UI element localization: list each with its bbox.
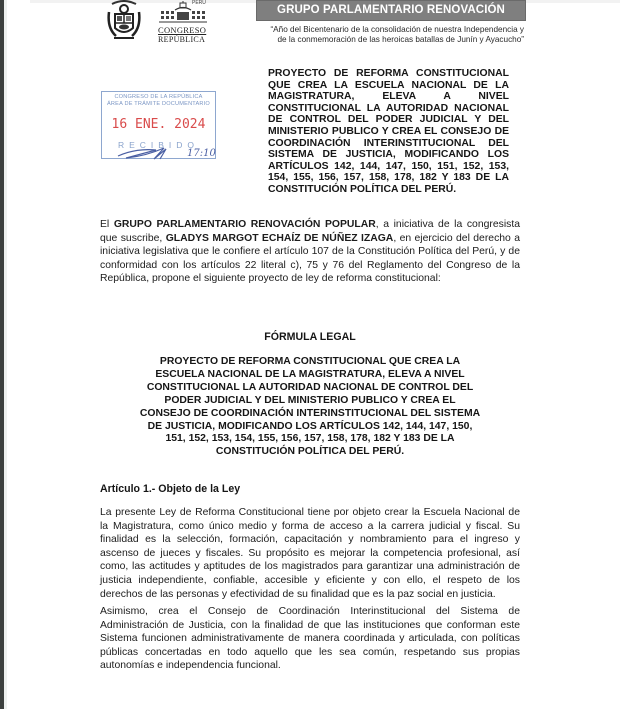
formula-line: CONSEJO DE COORDINACIÓN INTERINSTITUCION… xyxy=(100,408,520,421)
parliamentary-group-name: GRUPO PARLAMENTARIO RENOVACIÓN POPULAR xyxy=(114,219,376,230)
article-1-heading: Artículo 1.- Objeto de la Ley xyxy=(100,483,240,495)
congress-logo-line2: REPÚBLICA xyxy=(158,35,205,44)
stamp-time: 17:10 xyxy=(187,148,216,159)
congress-building-icon xyxy=(159,1,209,23)
formula-line: DE JUSTICIA, MODIFICANDO LOS ARTÍCULOS 1… xyxy=(100,421,520,434)
stamp-office: ÁREA DE TRÁMITE DOCUMENTARIO xyxy=(102,101,215,108)
formula-legal-title: PROYECTO DE REFORMA CONSTITUCIONAL QUE C… xyxy=(100,356,520,459)
peru-coat-of-arms-icon xyxy=(106,0,142,42)
scan-left-margin xyxy=(4,0,7,709)
stamp-date: 16 ENE. 2024 xyxy=(102,117,215,132)
signature-icon xyxy=(116,146,176,160)
formula-line: CONSTITUCIÓN POLÍTICA DEL PERÚ. xyxy=(100,446,520,459)
formula-line: CONSTITUCIONAL LA AUTORIDAD NACIONAL DE … xyxy=(100,382,520,395)
stamp-institution: CONGRESO DE LA REPÚBLICA xyxy=(102,94,215,101)
intro-text-1: El xyxy=(100,219,114,230)
formula-line: 151, 152, 153, 154, 155, 156, 157, 158, … xyxy=(100,433,520,446)
year-motto-line1: “Año del Bicentenario de la consolidació… xyxy=(270,25,524,35)
formula-line: ESCUELA NACIONAL DE LA MAGISTRATURA, ELE… xyxy=(100,369,520,382)
bill-title: PROYECTO DE REFORMA CONSTITUCIONAL QUE C… xyxy=(268,68,509,196)
year-motto: “Año del Bicentenario de la consolidació… xyxy=(270,25,524,45)
article-1-paragraph-2: Asimismo, crea el Consejo de Coordinació… xyxy=(100,605,520,673)
intro-paragraph: El GRUPO PARLAMENTARIO RENOVACIÓN POPULA… xyxy=(100,218,520,286)
year-motto-line2: de la conmemoración de las heroicas bata… xyxy=(270,35,524,45)
formula-legal-heading: FÓRMULA LEGAL xyxy=(100,331,520,343)
formula-line: PROYECTO DE REFORMA CONSTITUCIONAL QUE C… xyxy=(100,356,520,369)
parliamentary-group-banner: GRUPO PARLAMENTARIO RENOVACIÓN POPULAR xyxy=(256,0,526,21)
congress-logo-line1: CONGRESO xyxy=(158,26,206,35)
article-1-paragraph-1: La presente Ley de Reforma Constituciona… xyxy=(100,506,520,601)
reception-stamp: CONGRESO DE LA REPÚBLICA ÁREA DE TRÁMITE… xyxy=(101,91,216,159)
congresswoman-name: GLADYS MARGOT ECHAÍZ DE NÚÑEZ IZAGA xyxy=(166,233,394,244)
formula-line: PODER JUDICIAL Y DEL MINISTERIO PUBLICO … xyxy=(100,395,520,408)
congress-logo: PERÚ CONGRESO REPÚBLICA xyxy=(155,0,215,44)
